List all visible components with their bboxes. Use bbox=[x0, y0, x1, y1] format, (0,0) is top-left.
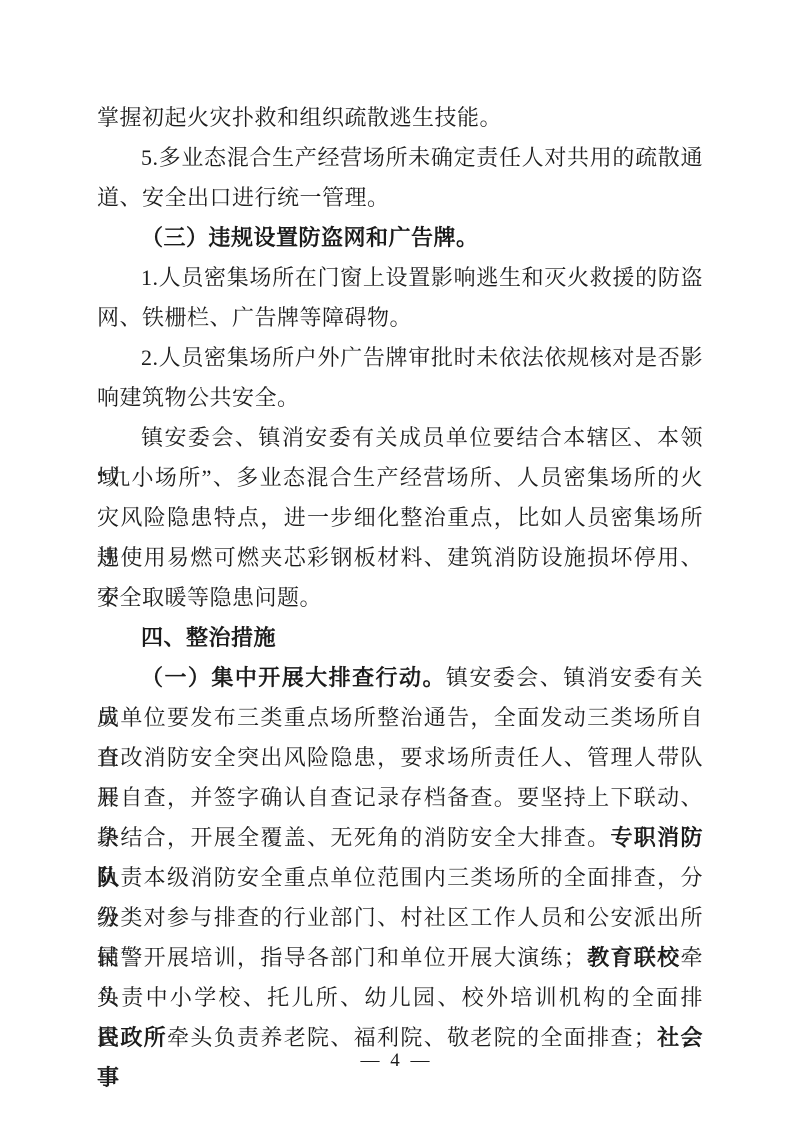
document-line: “九小场所”、多业态混合生产经营场所、人员密集场所的火 bbox=[97, 458, 703, 498]
text-segment: 道、安全出口进行统一管理。 bbox=[97, 185, 390, 210]
text-segment: 块结合，开展全覆盖、无死角的消防安全大排查。 bbox=[97, 825, 610, 850]
document-line: 四、整治措施 bbox=[97, 618, 703, 658]
text-segment: 网、铁栅栏、广告牌等障碍物。 bbox=[97, 305, 412, 330]
document-body: 掌握初起火灾扑救和组织疏散逃生技能。5.多业态混合生产经营场所未确定责任人对共用… bbox=[97, 98, 703, 1058]
document-line: 网、铁栅栏、广告牌等障碍物。 bbox=[97, 298, 703, 338]
text-segment: 安全取暖等隐患问题。 bbox=[97, 585, 322, 610]
document-line: 块结合，开展全覆盖、无死角的消防安全大排查。专职消防队 bbox=[97, 818, 703, 858]
document-page: 掌握初起火灾扑救和组织疏散逃生技能。5.多业态混合生产经营场所未确定责任人对共用… bbox=[0, 0, 793, 1122]
document-line: 员单位要发布三类重点场所整治通告，全面发动三类场所自查 bbox=[97, 698, 703, 738]
document-line: 负责中小学校、托儿所、幼儿园、校外培训机构的全面排查； bbox=[97, 978, 703, 1018]
document-line: 掌握初起火灾扑救和组织疏散逃生技能。 bbox=[97, 98, 703, 138]
page-number: — 4 — bbox=[0, 1050, 793, 1072]
text-segment: 牵头负责养老院、福利院、敬老院的全面排查； bbox=[167, 1025, 656, 1050]
bold-text-segment: 民政所 bbox=[97, 1025, 167, 1050]
document-line: 分类对参与排查的行业部门、村社区工作人员和公安派出所民 bbox=[97, 898, 703, 938]
text-segment: 2.人员密集场所户外广告牌审批时未依法依规核对是否影 bbox=[141, 345, 703, 370]
document-line: 灾风险隐患特点，进一步细化整治重点，比如人员密集场所违 bbox=[97, 498, 703, 538]
document-line: （三）违规设置防盗网和广告牌。 bbox=[97, 218, 703, 258]
text-segment: 5.多业态混合生产经营场所未确定责任人对共用的疏散通 bbox=[141, 145, 703, 170]
document-line: 2.人员密集场所户外广告牌审批时未依法依规核对是否影 bbox=[97, 338, 703, 378]
bold-text-segment: 四、整治措施 bbox=[141, 625, 276, 650]
bold-text-segment: 教育联校 bbox=[586, 945, 680, 970]
text-segment: “九小场所”、多业态混合生产经营场所、人员密集场所的火 bbox=[97, 465, 703, 490]
document-line: 1.人员密集场所在门窗上设置影响逃生和灭火救援的防盗 bbox=[97, 258, 703, 298]
document-line: 道、安全出口进行统一管理。 bbox=[97, 178, 703, 218]
document-line: 镇安委会、镇消安委有关成员单位要结合本辖区、本领域 bbox=[97, 418, 703, 458]
document-line: 响建筑物公共安全。 bbox=[97, 378, 703, 418]
document-line: 5.多业态混合生产经营场所未确定责任人对共用的疏散通 bbox=[97, 138, 703, 178]
text-segment: 掌握初起火灾扑救和组织疏散逃生技能。 bbox=[97, 105, 502, 130]
text-segment: 响建筑物公共安全。 bbox=[97, 385, 300, 410]
bold-text-segment: （三）违规设置防盗网和广告牌。 bbox=[141, 225, 479, 250]
document-line: 自改消防安全突出风险隐患，要求场所责任人、管理人带队开 bbox=[97, 738, 703, 778]
bold-text-segment: （一）集中开展大排查行动。 bbox=[141, 665, 446, 690]
text-segment: 1.人员密集场所在门窗上设置影响逃生和灭火救援的防盗 bbox=[141, 265, 703, 290]
document-line: 负责本级消防安全重点单位范围内三类场所的全面排查，分级 bbox=[97, 858, 703, 898]
document-line: 规使用易燃可燃夹芯彩钢板材料、建筑消防设施损坏停用、不 bbox=[97, 538, 703, 578]
document-line: 展自查，并签字确认自查记录存档备查。要坚持上下联动、条 bbox=[97, 778, 703, 818]
text-segment: 辅警开展培训，指导各部门和单位开展大演练； bbox=[97, 945, 586, 970]
document-line: 安全取暖等隐患问题。 bbox=[97, 578, 703, 618]
document-line: （一）集中开展大排查行动。镇安委会、镇消安委有关成 bbox=[97, 658, 703, 698]
document-line: 辅警开展培训，指导各部门和单位开展大演练；教育联校牵头 bbox=[97, 938, 703, 978]
